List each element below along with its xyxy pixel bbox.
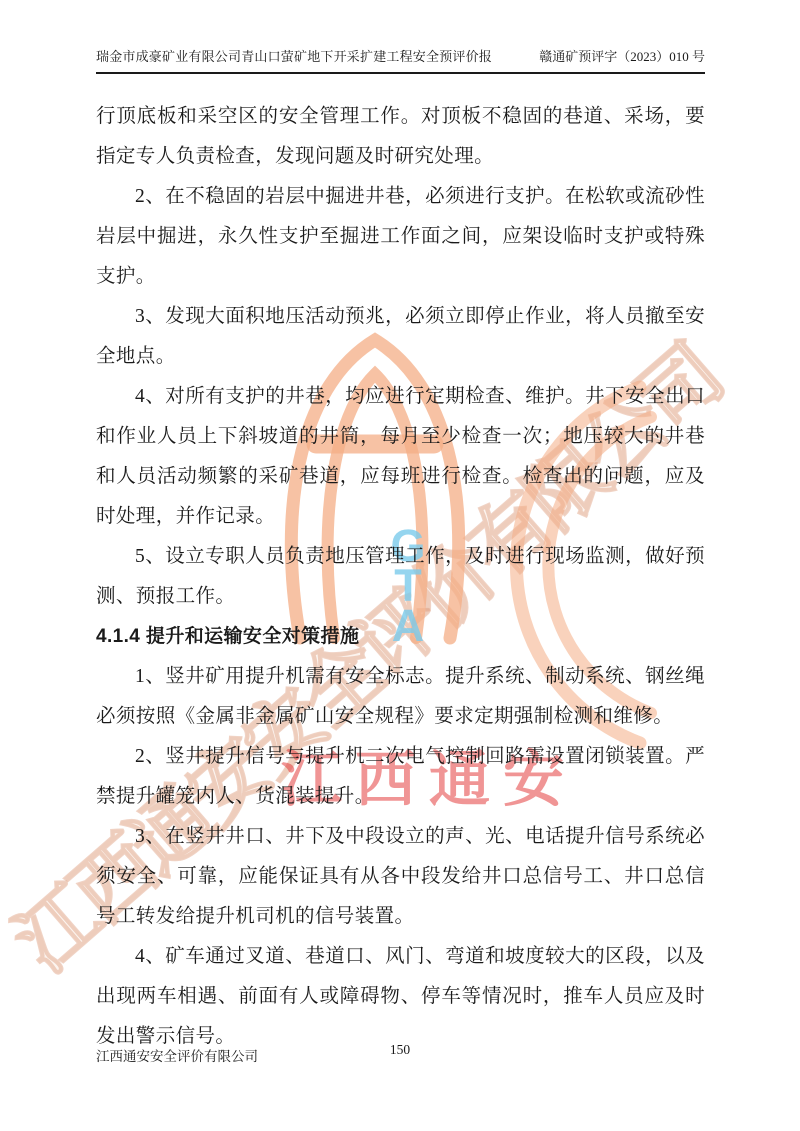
paragraph: 2、竖井提升信号与提升机二次电气控制回路需设置闭锁装置。严禁提升罐笼内人、货混装…	[96, 737, 705, 817]
paragraph: 1、竖井矿用提升机需有安全标志。提升系统、制动系统、钢丝绳必须按照《金属非金属矿…	[96, 657, 705, 737]
header-document-number: 赣通矿预评字（2023）010 号	[539, 46, 705, 65]
page-footer: 江西通安安全评价有限公司 150	[0, 1042, 800, 1064]
paragraph: 2、在不稳固的岩层中掘进井巷，必须进行支护。在松软或流砂性岩层中掘进，永久性支护…	[96, 177, 705, 297]
header-report-title: 瑞金市成豪矿业有限公司青山口萤矿地下开采扩建工程安全预评价报	[96, 46, 492, 65]
page-header: 瑞金市成豪矿业有限公司青山口萤矿地下开采扩建工程安全预评价报 赣通矿预评字（20…	[96, 46, 705, 74]
paragraph: 4、矿车通过叉道、巷道口、风门、弯道和坡度较大的区段，以及出现两车相遇、前面有人…	[96, 937, 705, 1057]
document-body: 行顶底板和采空区的安全管理工作。对顶板不稳固的巷道、采场，要指定专人负责检查，发…	[96, 97, 705, 1057]
paragraph: 4、对所有支护的井巷，均应进行定期检查、维护。井下安全出口和作业人员上下斜坡道的…	[96, 377, 705, 537]
section-heading: 4.1.4 提升和运输安全对策措施	[96, 617, 705, 657]
paragraph: 5、设立专职人员负责地压管理工作，及时进行现场监测，做好预测、预报工作。	[96, 537, 705, 617]
paragraph: 行顶底板和采空区的安全管理工作。对顶板不稳固的巷道、采场，要指定专人负责检查，发…	[96, 97, 705, 177]
document-page: 江西通安安全评价有限公司 G T A 江西通安 瑞金市成豪矿业有限公司青山口萤矿…	[0, 0, 800, 1131]
paragraph: 3、在竖井井口、井下及中段设立的声、光、电话提升信号系统必须安全、可靠，应能保证…	[96, 817, 705, 937]
paragraph: 3、发现大面积地压活动预兆，必须立即停止作业，将人员撤至安全地点。	[96, 297, 705, 377]
page-number: 150	[0, 1042, 800, 1058]
